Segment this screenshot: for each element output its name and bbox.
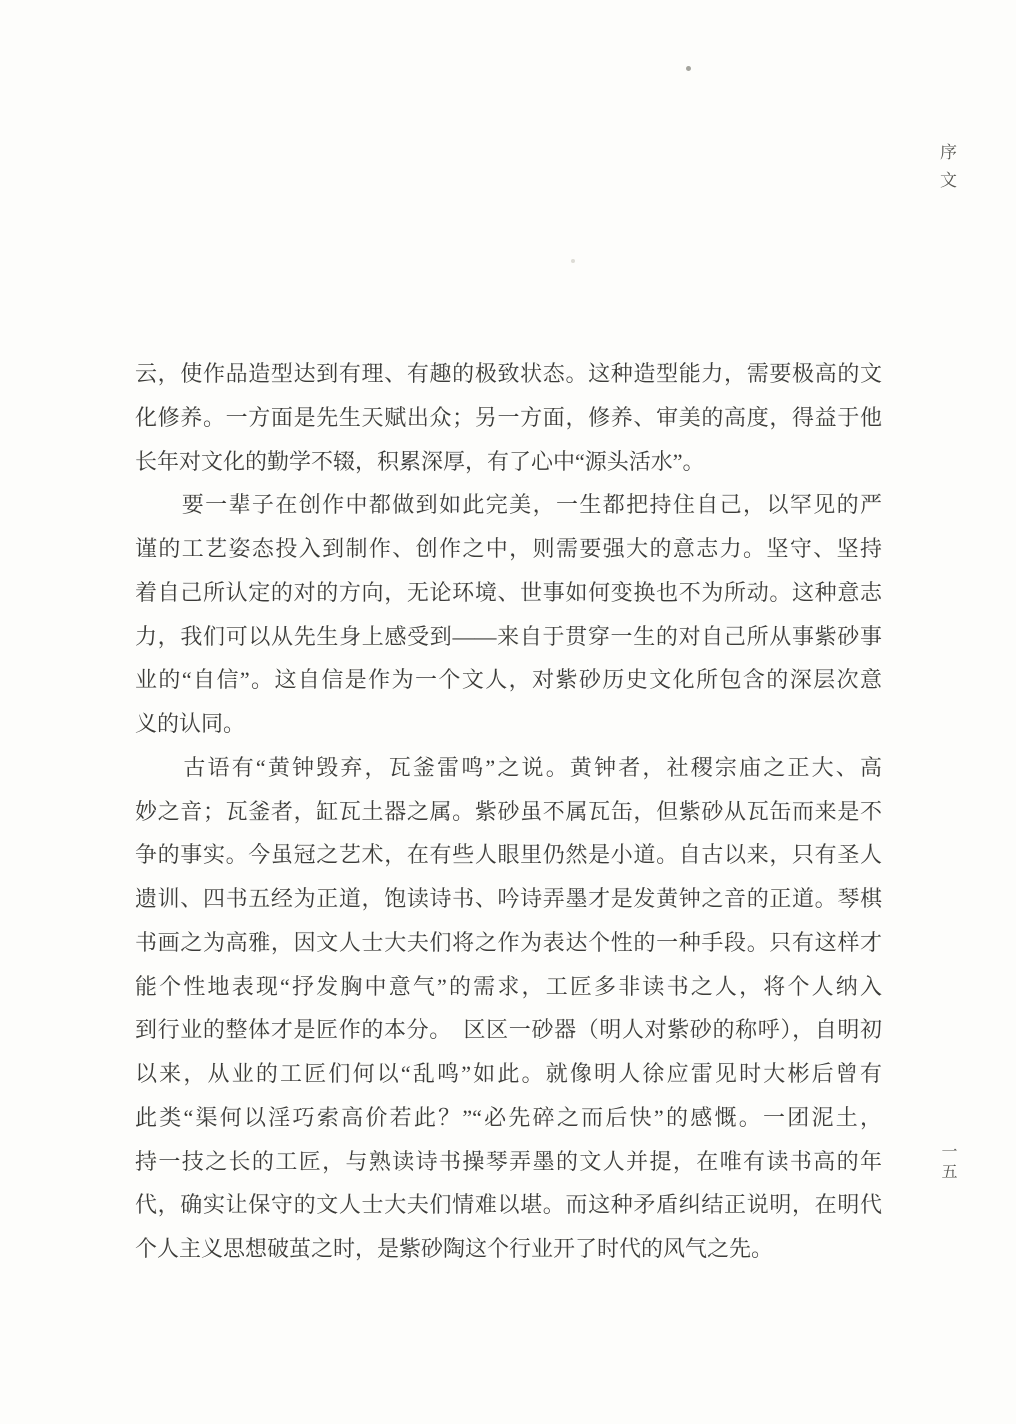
text-line: 持一技之长的工匠，与熟读诗书操琴弄墨的文人并提，在唯有读书高的年	[135, 1140, 882, 1184]
text-line: 以来，从业的工匠们何以“乱鸣”如此。就像明人徐应雷见时大彬后曾有	[135, 1052, 882, 1096]
scan-speck	[686, 66, 691, 71]
scan-speck	[571, 259, 575, 263]
page-number-vertical: 一五	[936, 1143, 959, 1183]
text-line: 妙之音；瓦釜者，缸瓦土器之属。紫砂虽不属瓦缶，但紫砂从瓦缶而来是不	[135, 790, 882, 834]
text-line: 云，使作品造型达到有理、有趣的极致状态。这种造型能力，需要极高的文	[135, 352, 882, 396]
text-line: 谨的工艺姿态投入到制作、创作之中，则需要强大的意志力。坚守、坚持	[135, 527, 882, 571]
text-line: 能个性地表现“抒发胸中意气”的需求，工匠多非读书之人，将个人纳入	[135, 965, 882, 1009]
text-line: 着自己所认定的对的方向，无论环境、世事如何变换也不为所动。这种意志	[135, 571, 882, 615]
preface-text-block: 云，使作品造型达到有理、有趣的极致状态。这种造型能力，需要极高的文 化修养。一方…	[135, 352, 882, 1271]
text-line: 个人主义思想破茧之时，是紫砂陶这个行业开了时代的风气之先。	[135, 1227, 882, 1271]
text-line: 力，我们可以从先生身上感受到——来自于贯穿一生的对自己所从事紫砂事	[135, 615, 882, 659]
text-line: 要一辈子在创作中都做到如此完美，一生都把持住自己，以罕见的严	[135, 483, 882, 527]
text-line: 古语有“黄钟毁弃，瓦釜雷鸣”之说。黄钟者，社稷宗庙之正大、高	[135, 746, 882, 790]
book-page: 序文 云，使作品造型达到有理、有趣的极致状态。这种造型能力，需要极高的文 化修养…	[0, 0, 1016, 1424]
text-line: 长年对文化的勤学不辍，积累深厚，有了心中“源头活水”。	[135, 440, 882, 484]
text-line: 化修养。一方面是先生天赋出众；另一方面，修养、审美的高度，得益于他	[135, 396, 882, 440]
text-line: 代，确实让保守的文人士大夫们情难以堪。而这种矛盾纠结正说明，在明代	[135, 1183, 882, 1227]
text-line: 到行业的整体才是匠作的本分。 区区一砂器（明人对紫砂的称呼），自明初	[135, 1008, 882, 1052]
text-line: 遗训、四书五经为正道，饱读诗书、吟诗弄墨才是发黄钟之音的正道。琴棋	[135, 877, 882, 921]
text-line: 书画之为高雅，因文人士大夫们将之作为表达个性的一种手段。只有这样才	[135, 921, 882, 965]
section-label-vertical: 序文	[934, 143, 959, 199]
text-line: 业的“自信”。这自信是作为一个文人，对紫砂历史文化所包含的深层次意	[135, 658, 882, 702]
text-line: 义的认同。	[135, 702, 882, 746]
text-line: 争的事实。今虽冠之艺术，在有些人眼里仍然是小道。自古以来，只有圣人	[135, 833, 882, 877]
text-line: 此类“渠何以淫巧索高价若此？”“必先碎之而后快”的感慨。一团泥土，	[135, 1096, 882, 1140]
